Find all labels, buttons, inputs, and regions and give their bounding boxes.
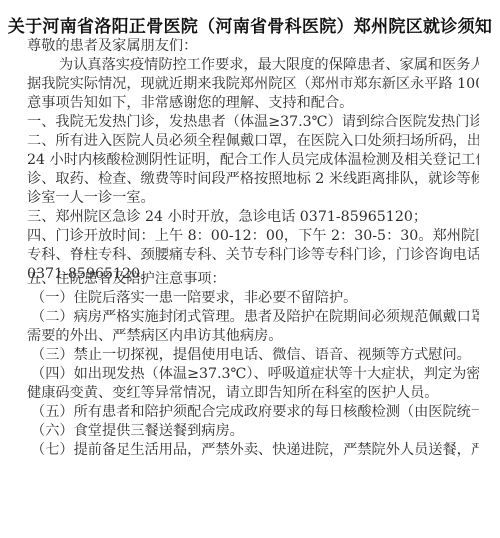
- item-5-sub-4-line-2: 健康码变黄、变红等异常情况，请立即告知所在科室的医护人员。: [27, 384, 479, 403]
- item-2-line-2: 24 小时内核酸检测阴性证明，配合工作人员完成体温检测及相关登记工作。挂号、候: [27, 151, 479, 170]
- item-2-line-1: 二、所有进入医院人员必须全程佩戴口罩，在医院入口处须扫场所码，出示行程码和: [27, 132, 479, 151]
- intro-line-1: 为认真落实疫情防控工作要求，最大限度的保障患者、家属和医务人员的安全，根: [59, 56, 479, 75]
- document-title: 关于河南省洛阳正骨医院（河南省骨科医院）郑州院区就诊须知: [0, 12, 500, 37]
- item-5-sub-1: （一）住院后落实一患一陪要求，非必要不留陪护。: [31, 289, 479, 308]
- item-2-line-3: 诊、取药、检查、缴费等时间段严格按照地标 2 米线距离排队，就诊等候时请隔位落座…: [27, 170, 479, 189]
- item-4-line-2: 专科、脊柱专科、颈腰痛专科、关节专科门诊等专科门诊，门诊咨询电话：: [27, 246, 479, 265]
- item-5-sub-2-line-2: 需要的外出、严禁病区内串访其他病房。: [27, 327, 479, 346]
- item-5-heading: 五、住院患者及陪护注意事项：: [27, 270, 479, 289]
- item-1: 一、我院无发热门诊，发热患者（体温≥37.3℃）请到综合医院发热门诊就诊。: [27, 113, 479, 132]
- item-5-sub-4-line-1: （四）如出现发热（体温≥37.3℃）、呼吸道症状等十大症状，判定为密接、次密接和: [31, 365, 479, 384]
- item-5-sub-5: （五）所有患者和陪护须配合完成政府要求的每日核酸检测（由医院统一安排）。: [31, 403, 479, 422]
- item-2-line-4: 诊室一人一诊一室。: [27, 189, 479, 208]
- greeting: 尊敬的患者及家属朋友们：: [27, 37, 479, 56]
- item-5-sub-7-line-1: （七）提前备足生活用品，严禁外卖、快递进院，严禁院外人员送餐，严禁院内外之间: [31, 441, 479, 460]
- intro-line-2: 据我院实际情况，现就近期来我院郑州院区（郑州市郑东新区永平路 100 号）就诊的…: [27, 75, 479, 94]
- item-5-sub-6: （六）食堂提供三餐送餐到病房。: [31, 422, 479, 441]
- item-5-sub-3: （三）禁止一切探视，提倡使用电话、微信、语音、视频等方式慰问。: [31, 346, 479, 365]
- intro-line-3: 意事项告知如下，非常感谢您的理解、支持和配合。: [27, 94, 479, 113]
- item-5-sub-2-line-1: （二）病房严格实施封闭式管理。患者及陪护在院期间必须规范佩戴口罩，严禁非诊疗: [31, 308, 479, 327]
- item-4-line-1: 四、门诊开放时间：上午 8：00-12：00，下午 2：30-5：30。郑州院区…: [27, 227, 479, 246]
- item-3: 三、郑州院区急诊 24 小时开放，急诊电话 0371-85965120；: [27, 208, 479, 227]
